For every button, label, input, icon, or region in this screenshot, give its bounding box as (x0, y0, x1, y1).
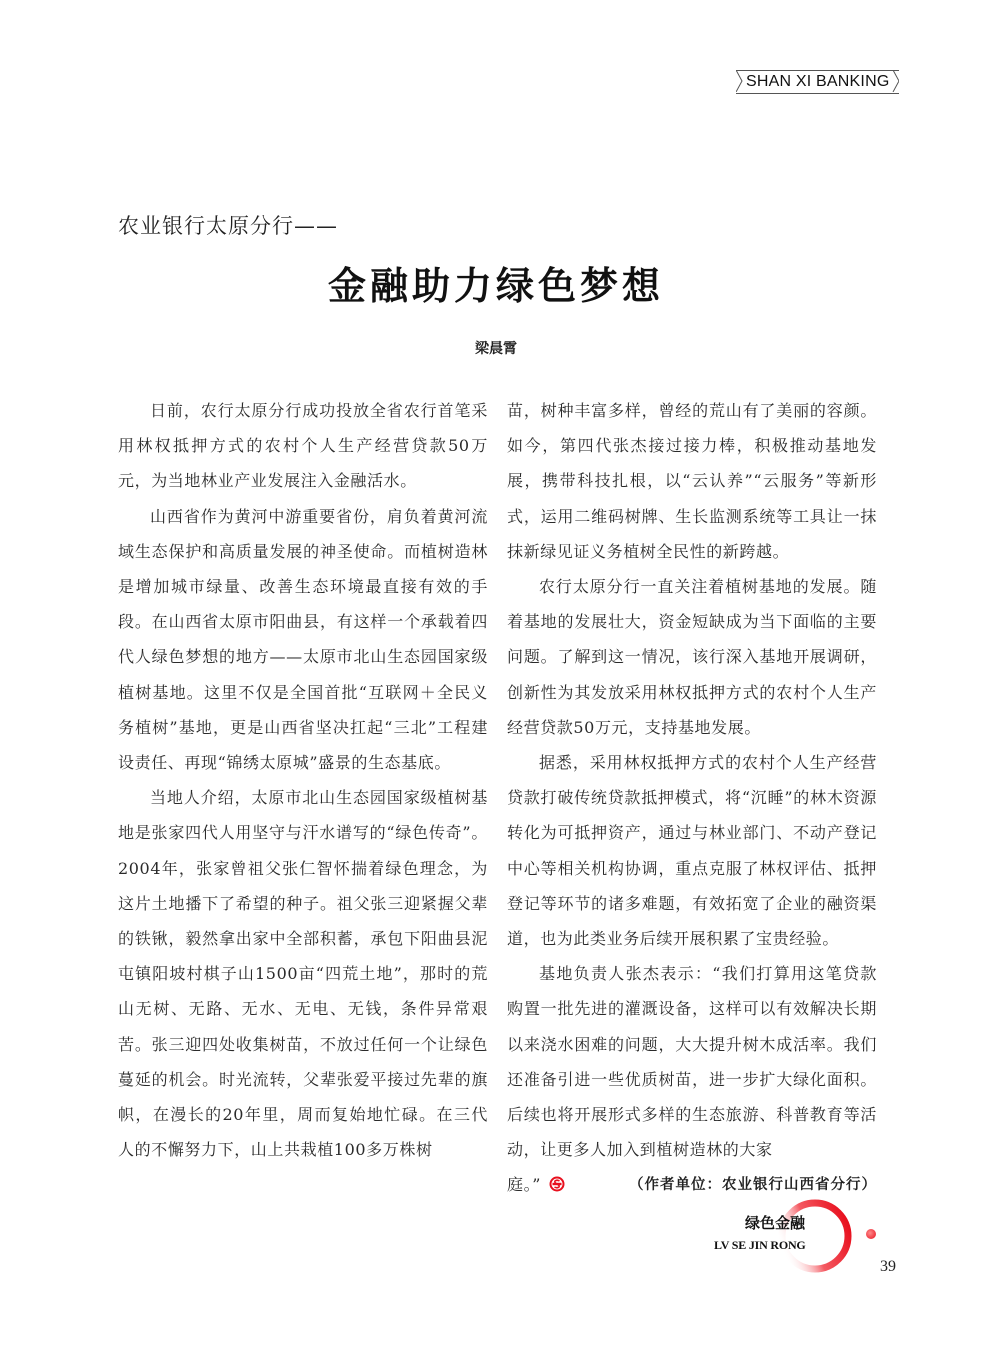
section-tag: SHAN XI BANKING (736, 70, 899, 94)
paragraph: 据悉，采用林权抵押方式的农村个人生产经营贷款打破传统贷款抵押模式，将“沉睡”的林… (507, 745, 877, 956)
chevron-right-icon (891, 70, 899, 92)
final-text: 庭。” (507, 1175, 541, 1194)
section-name-en: LV SE JIN RONG (714, 1238, 806, 1253)
chevron-left-icon (736, 70, 744, 92)
paragraph: 农行太原分行一直关注着植树基地的发展。随着基地的发展壮大，资金短缺成为当下面临的… (507, 569, 877, 745)
article-author: 梁晨霄 (0, 338, 992, 358)
section-ring-decoration (775, 1196, 855, 1276)
page-number: 39 (880, 1258, 896, 1276)
bank-logo-endmark-icon (549, 1176, 565, 1192)
decorative-dot (866, 1229, 876, 1239)
section-tag-label: SHAN XI BANKING (746, 73, 889, 91)
article-kicker: 农业银行太原分行—— (118, 210, 338, 240)
section-name-cn: 绿色金融 (745, 1212, 805, 1233)
left-column: 日前，农行太原分行成功投放全省农行首笔采用林权抵押方式的农村个人生产经营贷款50… (118, 393, 488, 1167)
article-title: 金融助力绿色梦想 (0, 255, 992, 310)
paragraph: 基地负责人张杰表示：“我们打算用这笔贷款购置一批先进的灌溉设备，这样可以有效解决… (507, 956, 877, 1167)
paragraph-continuation: 苗，树种丰富多样，曾经的荒山有了美丽的容颜。如今，第四代张杰接过接力棒，积极推动… (507, 393, 877, 569)
paragraph: 当地人介绍，太原市北山生态园国家级植树基地是张家四代人用坚守与汗水谱写的“绿色传… (118, 780, 488, 1167)
paragraph: 山西省作为黄河中游重要省份，肩负着黄河流域生态保护和高质量发展的神圣使命。而植树… (118, 499, 488, 781)
paragraph: 日前，农行太原分行成功投放全省农行首笔采用林权抵押方式的农村个人生产经营贷款50… (118, 393, 488, 499)
right-column: 苗，树种丰富多样，曾经的荒山有了美丽的容颜。如今，第四代张杰接过接力棒，积极推动… (507, 393, 877, 1203)
